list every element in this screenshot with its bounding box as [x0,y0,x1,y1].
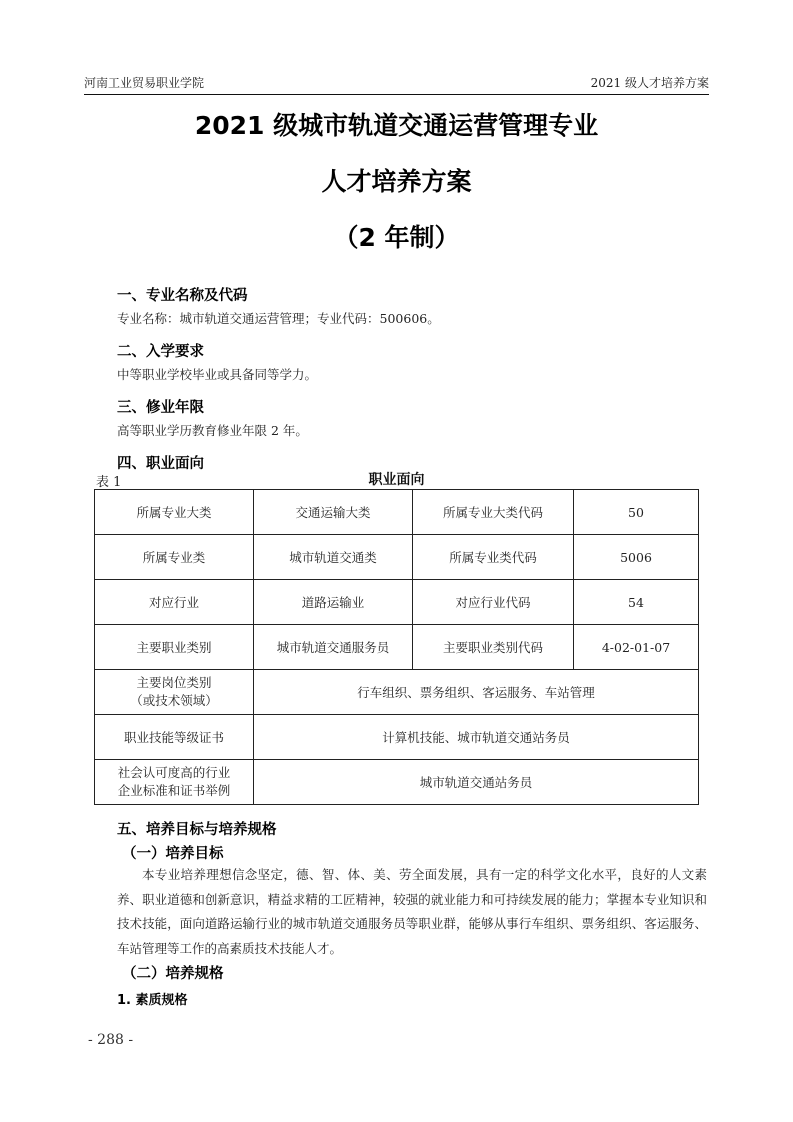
table-cell: 城市轨道交通站务员 [254,760,699,805]
section-1-heading: 一、专业名称及代码 [117,284,248,305]
section-2-heading: 二、入学要求 [117,340,204,361]
table-cell: 主要职业类别代码 [413,625,574,670]
table-cell: 50 [574,490,699,535]
header-institution: 河南工业贸易职业学院 [84,74,204,91]
doc-title-line3: （2 年制） [0,218,793,254]
section-2-body: 中等职业学校毕业或具备同等学力。 [117,365,317,383]
table-cell: 城市轨道交通服务员 [254,625,413,670]
table-row: 社会认可度高的行业 企业标准和证书举例 城市轨道交通站务员 [95,760,699,805]
cell-line: 企业标准和证书举例 [99,782,249,800]
header-doc-title: 2021 级人才培养方案 [591,74,709,91]
table-row: 所属专业类 城市轨道交通类 所属专业类代码 5006 [95,535,699,580]
page-number: - 288 - [88,1032,133,1048]
page-header: 河南工业贸易职业学院 2021 级人才培养方案 [84,74,709,92]
table-cell: 所属专业大类 [95,490,254,535]
table-cell: 交通运输大类 [254,490,413,535]
cell-line: 主要岗位类别 [99,674,249,692]
subsection-quality-spec: 1. 素质规格 [117,989,188,1008]
table-cell: 5006 [574,535,699,580]
table-row: 主要岗位类别 （或技术领域） 行车组织、票务组织、客运服务、车站管理 [95,670,699,715]
table-row: 所属专业大类 交通运输大类 所属专业大类代码 50 [95,490,699,535]
subsection-training-spec: （二）培养规格 [122,962,224,983]
section-5-heading: 五、培养目标与培养规格 [117,818,277,839]
table-cell: 所属专业类 [95,535,254,580]
table-cell: 对应行业代码 [413,580,574,625]
table-cell: 4-02-01-07 [574,625,699,670]
training-goal-paragraph: 本专业培养理想信念坚定，德、智、体、美、劳全面发展，具有一定的科学文化水平，良好… [117,863,707,961]
table-row: 主要职业类别 城市轨道交通服务员 主要职业类别代码 4-02-01-07 [95,625,699,670]
table-row: 职业技能等级证书 计算机技能、城市轨道交通站务员 [95,715,699,760]
section-1-body: 专业名称：城市轨道交通运营管理；专业代码：500606。 [117,309,440,327]
table-cell: 城市轨道交通类 [254,535,413,580]
table-cell: 道路运输业 [254,580,413,625]
table-row: 对应行业 道路运输业 对应行业代码 54 [95,580,699,625]
header-rule [84,94,709,95]
section-3-body: 高等职业学历教育修业年限 2 年。 [117,421,308,439]
table-cell: 54 [574,580,699,625]
table-cell: 行车组织、票务组织、客运服务、车站管理 [254,670,699,715]
table-cell-label: 主要岗位类别 （或技术领域） [95,670,254,715]
table-cell: 主要职业类别 [95,625,254,670]
occupation-table: 所属专业大类 交通运输大类 所属专业大类代码 50 所属专业类 城市轨道交通类 … [94,489,699,805]
table-cell: 所属专业类代码 [413,535,574,580]
section-3-heading: 三、修业年限 [117,396,204,417]
subsection-training-goal: （一）培养目标 [122,842,224,863]
table-cell: 对应行业 [95,580,254,625]
table-cell-label: 职业技能等级证书 [95,715,254,760]
table-caption: 职业面向 [0,469,793,489]
table-cell: 所属专业大类代码 [413,490,574,535]
doc-title-line1: 2021 级城市轨道交通运营管理专业 [0,106,793,142]
cell-line: （或技术领域） [99,692,249,710]
table-cell: 计算机技能、城市轨道交通站务员 [254,715,699,760]
doc-title-line2: 人才培养方案 [0,162,793,198]
table-cell-label: 社会认可度高的行业 企业标准和证书举例 [95,760,254,805]
cell-line: 社会认可度高的行业 [99,764,249,782]
